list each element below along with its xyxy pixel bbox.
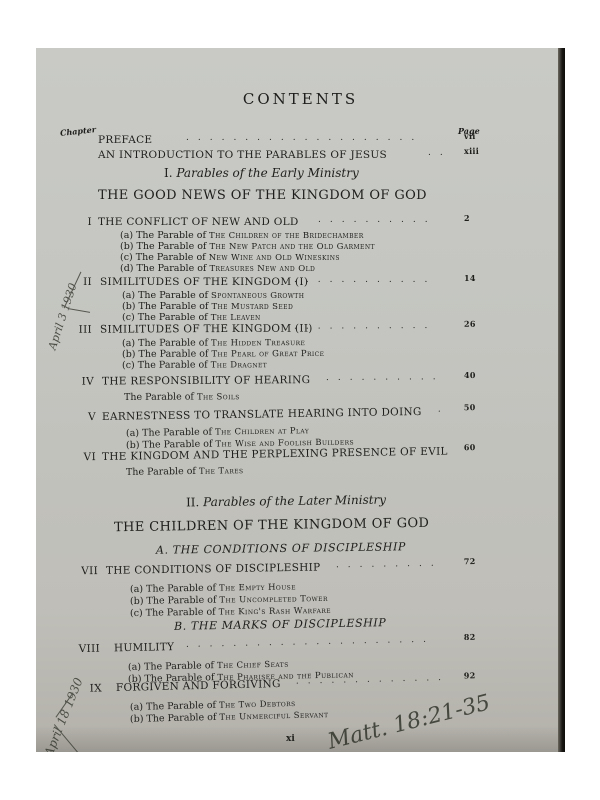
parable-prefix: (a) The Parable of [128, 660, 217, 673]
parable-name: The Unmerciful Servant [219, 710, 328, 723]
chapter-title: HUMILITY [114, 641, 175, 654]
parable-name: The Chief Seats [217, 660, 289, 671]
toc-entry-preface[interactable]: PREFACE....................vii [36, 134, 565, 148]
parable-prefix: The Parable of [126, 466, 199, 478]
dot-leader: ............ [294, 275, 436, 285]
part-heading: I. Parables of the Early Ministry [164, 166, 359, 180]
chapter-number: IX [90, 682, 103, 694]
handwritten-bracket [68, 308, 90, 315]
parable-prefix: (a) The Parable of [130, 583, 219, 595]
parable-item[interactable]: The Parable of The Soils [124, 391, 240, 404]
chapter-title: EARNESTNESS TO TRANSLATE HEARING INTO DO… [102, 406, 422, 423]
part-number: II. [186, 495, 203, 509]
parable-prefix: (a) The Parable of [122, 290, 211, 301]
parable-name: The Soils [197, 392, 240, 402]
parable-name: New Wine and Old Wineskins [209, 253, 340, 263]
chapter-number: II [83, 276, 92, 288]
page-number: 72 [464, 556, 476, 566]
page-title: CONTENTS [36, 90, 565, 108]
parable-name: The Pearl of Great Price [211, 349, 324, 360]
parable-prefix: (b) The Parable of [120, 241, 209, 252]
parable-item[interactable]: The Parable of The Tares [126, 465, 244, 479]
parable-name: The Mustard Seed [211, 302, 293, 312]
chapter-number: VI [84, 451, 97, 463]
parable-prefix: (d) The Parable of [120, 263, 209, 274]
chapter-number: I [88, 216, 92, 228]
toc-entry-chapter-v[interactable]: VEARNESTNESS TO TRANSLATE HEARING INTO D… [36, 404, 565, 426]
parable-name: The Hidden Treasure [211, 338, 305, 348]
parable-prefix: (c) The Parable of [122, 360, 211, 371]
dot-leader: .................... [186, 133, 423, 143]
page-number: 50 [464, 402, 476, 412]
parable-prefix: (a) The Parable of [126, 427, 215, 439]
parable-prefix: (b) The Parable of [130, 712, 220, 725]
page-shadow [36, 726, 565, 752]
page-number: 40 [464, 370, 476, 380]
part-theme: THE CHILDREN OF THE KINGDOM OF GOD [114, 516, 430, 535]
chapter-title: FORGIVEN AND FORGIVING [116, 678, 281, 694]
parable-item[interactable]: (c) The Parable of The Dragnet [122, 359, 267, 372]
chapter-number: IV [82, 376, 94, 388]
parable-prefix: (c) The Parable of [122, 312, 211, 323]
parable-name: The Leaven [211, 313, 261, 323]
parable-name: The Two Debtors [219, 699, 296, 711]
parable-name: The Children of the Bridechamber [209, 231, 364, 241]
page-number: 26 [464, 319, 476, 329]
dot-leader: .......... [326, 372, 445, 383]
dot-leader: ......... [336, 559, 443, 571]
chapter-number: III [79, 324, 92, 336]
parable-prefix: (c) The Parable of [130, 607, 219, 619]
chapter-title: SIMILITUDES OF THE KINGDOM (I) [100, 276, 308, 288]
parable-name: The New Patch and the Old Garment [209, 242, 374, 252]
toc-entry-chapter-i[interactable]: ITHE CONFLICT OF NEW AND OLD..........2 [36, 216, 565, 230]
section-heading: B. THE MARKS OF DISCIPLESHIP [174, 616, 386, 633]
parable-prefix: (b) The Parable of [122, 349, 212, 360]
dot-leader: .. [428, 148, 452, 158]
parable-prefix: (c) The Parable of [120, 252, 209, 263]
parable-name: The Dragnet [211, 360, 268, 370]
parable-prefix: (b) The Parable of [122, 301, 211, 312]
toc-entry-chapter-iii[interactable]: IIISIMILITUDES OF THE KINGDOM (II)......… [36, 321, 565, 338]
page-number: xiii [464, 146, 479, 156]
page-number: 92 [464, 670, 476, 680]
toc-entry-chapter-iv[interactable]: IVTHE RESPONSIBILITY OF HEARING.........… [36, 372, 565, 390]
handwritten-date: April 3 1930 [46, 282, 80, 352]
chapter-number: V [88, 411, 96, 423]
parable-prefix: (a) The Parable of [120, 230, 209, 241]
chapter-title: PREFACE [98, 134, 152, 146]
parable-name: Spontaneous Growth [211, 291, 304, 301]
part-title: Parables of the Later Ministry [203, 493, 386, 510]
parable-prefix: The Parable of [124, 391, 197, 403]
toc-entry-chapter-ii[interactable]: IISIMILITUDES OF THE KINGDOM (I)........… [36, 276, 565, 290]
page-edge-shadow [558, 48, 565, 752]
dot-leader: ..................... [186, 635, 435, 650]
toc-entry-chapter-vi[interactable]: VITHE KINGDOM AND THE PERPLEXING PRESENC… [36, 444, 565, 466]
page-number: 60 [464, 442, 476, 452]
parable-name: Treasures New and Old [209, 264, 315, 274]
page-number: vii [464, 131, 476, 141]
page-number: 82 [464, 632, 476, 642]
chapter-title: THE CONFLICT OF NEW AND OLD [98, 216, 299, 228]
page-number: 14 [464, 273, 476, 283]
page-number: 2 [464, 213, 470, 223]
chapter-title: THE RESPONSIBILITY OF HEARING [102, 374, 310, 387]
part-title: Parables of the Early Ministry [176, 166, 358, 180]
parable-name: The Empty House [219, 582, 296, 593]
parable-name: The King's Rash Warfare [219, 606, 331, 618]
parable-name: The Tares [199, 466, 244, 477]
dot-leader: . [438, 405, 450, 415]
toc-entry-chapter-vii[interactable]: VIITHE CONDITIONS OF DISCIPLESHIP.......… [36, 558, 565, 580]
parable-item[interactable]: (d) The Parable of Treasures New and Old [120, 263, 315, 275]
chapter-number: VIII [79, 643, 100, 655]
dot-leader: .......... [318, 215, 437, 225]
parable-prefix: (a) The Parable of [130, 700, 219, 713]
chapter-title: SIMILITUDES OF THE KINGDOM (II) [100, 323, 313, 336]
dot-leader: ............ [294, 321, 436, 332]
chapter-title: AN INTRODUCTION TO THE PARABLES OF JESUS [98, 149, 387, 161]
book-page: CONTENTS Chapter Page PREFACE...........… [36, 48, 565, 752]
parable-name: The Children at Play [215, 426, 309, 437]
chapter-number: VII [81, 565, 98, 577]
parable-name: The Uncompleted Tower [219, 594, 328, 606]
part-number: I. [164, 166, 176, 180]
section-heading: A. THE CONDITIONS OF DISCIPLESHIP [156, 540, 406, 556]
toc-entry-chapter-viii[interactable]: VIIIHUMILITY.....................82 [36, 633, 565, 658]
parable-prefix: (a) The Parable of [122, 338, 211, 349]
toc-entry-introduction[interactable]: AN INTRODUCTION TO THE PARABLES OF JESUS… [36, 149, 565, 163]
parable-prefix: (b) The Parable of [130, 595, 220, 607]
part-theme: THE GOOD NEWS OF THE KINGDOM OF GOD [98, 188, 427, 203]
part-heading: II. Parables of the Later Ministry [186, 493, 386, 510]
chapter-title: THE CONDITIONS OF DISCIPLESHIP [106, 562, 321, 577]
table-of-contents: CONTENTS Chapter Page PREFACE...........… [36, 48, 565, 752]
